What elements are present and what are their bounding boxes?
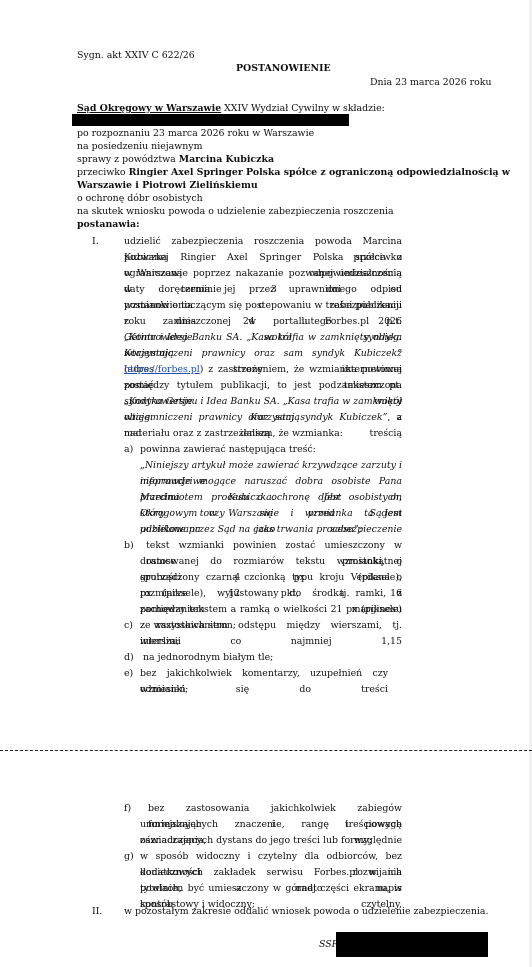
item-b-letter: b) (124, 538, 134, 554)
item-g-letter: g) (124, 849, 134, 865)
plaintiff-name: Marcina Kubiczka (179, 154, 274, 165)
point-II-text: w pozostałym zakresie oddalić wniosek po… (124, 906, 488, 918)
item-a-text: powinna zawierać następująca treść: (140, 442, 402, 458)
court-division: XXIV Wydział Cywilny w składzie: (221, 103, 385, 114)
redaction-bar-panel (72, 114, 349, 126)
decision-label: postanawia: (77, 219, 140, 231)
item-c-letter: c) (124, 618, 133, 634)
redaction-bar-signature (336, 932, 488, 957)
defendant-name: Ringier Axel Springer Polska spółce z og… (129, 167, 510, 178)
intro-line-2: na posiedzeniu niejawnym (77, 141, 202, 153)
intro-line-7: na skutek wniosku powoda o udzielenie za… (77, 206, 394, 218)
intro-line-4: przeciwko Ringier Axel Springer Polska s… (77, 167, 510, 179)
item-d-text: na jednorodnym białym tle; (143, 650, 402, 666)
point-I-numeral: I. (92, 234, 99, 250)
forbes-link[interactable]: https://forbes.pl (124, 364, 200, 375)
item-d-letter: d) (124, 650, 134, 666)
case-number: Sygn. akt XXIV C 622/26 (77, 50, 195, 62)
intro-line-1: po rozpoznaniu 23 marca 2026 roku w Wars… (77, 128, 314, 140)
item-a-letter: a) (124, 442, 133, 458)
intro-line-3: sprawy z powództwa Marcina Kubiczka (77, 154, 274, 166)
item-f-letter: f) (124, 801, 131, 817)
document-title: POSTANOWIENIE (236, 63, 331, 75)
item-e-letter: e) (124, 666, 133, 682)
point-II-numeral: II. (92, 904, 102, 920)
page-break-divider (0, 750, 532, 751)
intro-line-5: Warszawie i Piotrowi Zielińskiemu (77, 180, 258, 192)
date-line: Dnia 23 marca 2026 roku (370, 77, 492, 89)
court-name: Sąd Okręgowy w Warszawie (77, 103, 221, 114)
intro-line-6: o ochronę dóbr osobistych (77, 193, 203, 205)
